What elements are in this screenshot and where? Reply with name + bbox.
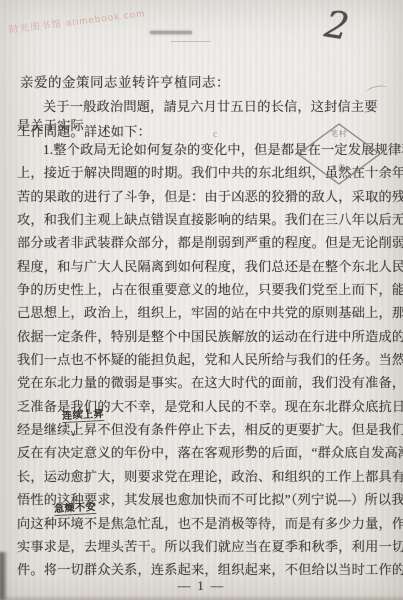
body-line: 己思想上，政治上，组织上，牢固的站在中共党的原则基础上，那时，就 [17,302,393,325]
body-line: 长，运动愈扩大，则要求党在理论，政治、和组织的工作上都具有很多警 [17,466,393,489]
scanned-letter-page: 时光图书馆 atimebook.com 2 亲爱的金策同志並转许亨植同志： 关于… [0,0,403,600]
stamp-bottom-text: F戏 [296,162,382,173]
handwritten-page-number: 2 [322,2,352,48]
site-watermark: 时光图书馆 atimebook.com [8,5,146,36]
body-line: 部分或者非武装群众部分，都是削弱到严重的程度。但是无论削弱到如何 [17,232,393,255]
scan-corner-shadow [0,552,8,600]
body-line: 实事求是，去埋头苦干。所以我们就应当在夏季和秋季，利用一切可能条 [17,536,393,559]
body-line: 向这种环境不是焦急忙乱，也不是消极等待，而是有多少力量，作多少事 [17,513,393,536]
handwritten-insertion-rising: 连续上昇 [62,405,105,423]
stamp-top-text: 笔村 [296,128,382,139]
letter-body: 1.整个政局无论如何复杂的变化中，但是都是在一定发展规律和阶段 上，接近于解决問… [17,139,393,583]
body-line: 攻，和我们主观上缺点错误直接影响的结果。我们在三八年以后无论武装 [17,209,393,232]
body-line: 我们一点也不怀疑的能担负起，党和人民所给与我们的任务。当然目前我 [17,349,393,372]
pencil-diamond-stamp: 笔村 F戏 [296,122,382,186]
handwritten-insertion-anxious: 急燥不安 [54,498,97,516]
insertion-caret-mark: ∨ [70,428,77,439]
intro-line: 关于一般政治問題，請見六月廿五日的长信，这封信主要是关于实际 [17,96,391,121]
body-line: 争的历史性上，占在很重要意义的地位，只要我们党至上而下，能够坚持自 [17,279,393,302]
letter-salutation: 亲爱的金策同志並转许亨植同志： [20,71,230,91]
body-line: 苦的果敢的进行了斗争，但是：由于凶恶的狡猾的敌人，采取的残酷的进 [17,186,393,209]
scan-bottom-edge [0,595,403,600]
scan-smudge-mark [150,31,192,34]
handwritten-superscript-mark: 9/ [247,443,255,453]
body-line: 党在东北力量的微弱是事实。在这大时代的面前，我们没有准备，这种缺 [17,372,393,395]
body-line: 依据一定条件，特别是整个中国民族解放的运动在行进中所造成的条件， [17,326,393,349]
printed-page-footer: — 1 — [0,579,403,594]
body-line: 反在有决定意义的年份中，落在客观形势的后面，“群众底自发高潮愈增 [17,442,393,465]
body-line: 程度，和与广大人民隔离到如何程度，我们总还是在整个东北人民解放斗 [17,256,393,279]
